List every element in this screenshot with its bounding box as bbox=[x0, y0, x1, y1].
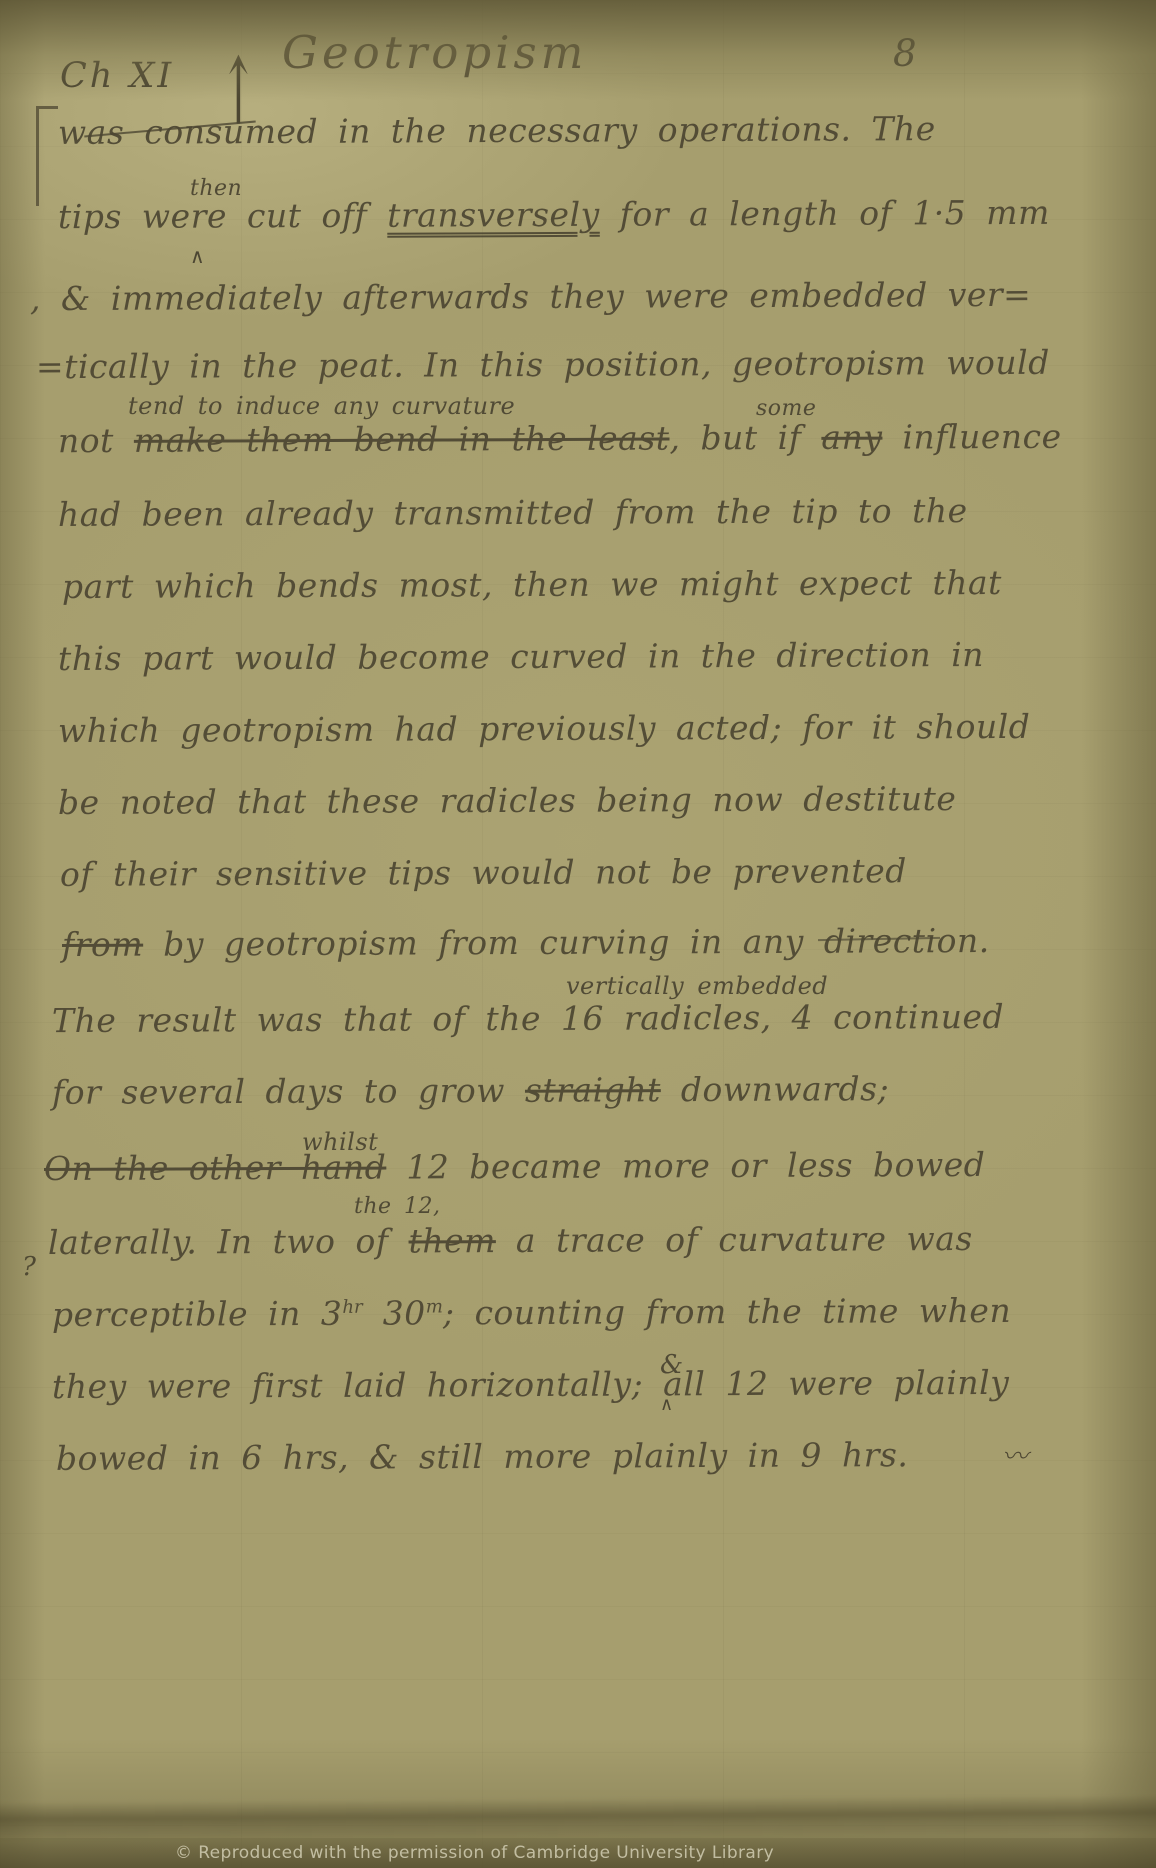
text-segment-strike: straight bbox=[525, 1070, 661, 1110]
text-segment: for several days to grow bbox=[52, 1071, 525, 1112]
copyright-text: © Reproduced with the permission of Camb… bbox=[175, 1843, 774, 1863]
insertion-the-12: the 12, bbox=[354, 1194, 441, 1219]
text-segment: , but if bbox=[669, 418, 821, 458]
line-16: laterally. In two of them a trace of cur… bbox=[48, 1220, 973, 1262]
page-title: Geotropism bbox=[282, 26, 587, 79]
caret-mark-then: ∧ bbox=[190, 246, 205, 266]
closing-squiggle-mark: 〰 bbox=[1002, 1444, 1028, 1470]
text-segment: by geotropism from curving in any direct… bbox=[143, 921, 990, 964]
text-segment: of their sensitive tips would not be pre… bbox=[60, 851, 907, 894]
text-segment: 12 became more or less bowed bbox=[386, 1145, 985, 1187]
insertion-some: some bbox=[756, 396, 816, 421]
text-segment-strike: from bbox=[62, 925, 143, 964]
line-10: be noted that these radicles being now d… bbox=[58, 780, 957, 822]
copyright-bar: © Reproduced with the permission of Camb… bbox=[0, 1838, 1156, 1868]
text-segment: tips were cut off bbox=[58, 196, 387, 236]
text-segment: they were first laid horizontally; all 1… bbox=[52, 1363, 1009, 1406]
line-04: =tically in the peat. In this position, … bbox=[36, 344, 1050, 386]
line-15: On the other hand 12 became more or less… bbox=[44, 1146, 986, 1188]
text-segment: this part would become curved in the dir… bbox=[58, 635, 984, 678]
text-segment: a trace of curvature was bbox=[496, 1219, 973, 1260]
text-segment-strike: them bbox=[408, 1221, 496, 1260]
text-segment: , & immediately afterwards they were emb… bbox=[30, 275, 1031, 318]
line-14: for several days to grow straight downwa… bbox=[52, 1070, 889, 1112]
page-number: 8 bbox=[893, 32, 917, 75]
line-01: was consumed in the necessary operations… bbox=[58, 110, 936, 152]
line-07: part which bends most, then we might exp… bbox=[62, 564, 1002, 606]
line-08: this part would become curved in the dir… bbox=[58, 636, 984, 678]
line-06: had been already transmitted from the ti… bbox=[58, 492, 968, 534]
insertion-vertically-embedded: vertically embedded bbox=[566, 972, 828, 1000]
text-segment: which geotropism had previously acted; f… bbox=[58, 707, 1031, 750]
text-segment: influence bbox=[882, 417, 1061, 457]
text-segment-sup: m bbox=[426, 1296, 443, 1317]
line-09: which geotropism had previously acted; f… bbox=[58, 708, 1031, 750]
marginal-question-mark: ? bbox=[22, 1254, 36, 1280]
insertion-ampersand: & bbox=[660, 1350, 684, 1380]
chapter-mark: Ch XI bbox=[60, 56, 174, 96]
line-18: they were first laid horizontally; all 1… bbox=[52, 1364, 1009, 1406]
insertion-whilst: whilst bbox=[302, 1128, 378, 1156]
insertion-tend-to-induce: tend to induce any curvature bbox=[128, 392, 515, 420]
text-segment: not bbox=[58, 421, 134, 460]
line-03: , & immediately afterwards they were emb… bbox=[30, 276, 1031, 318]
line-19: bowed in 6 hrs, & still more plainly in … bbox=[56, 1436, 909, 1478]
caret-mark-ampersand: ∧ bbox=[660, 1396, 673, 1414]
insertion-arrow-mark: ↑ bbox=[220, 48, 257, 140]
manuscript-photo: Ch XI Geotropism 8 was consumed in the n… bbox=[0, 0, 1156, 1868]
text-segment: laterally. In two of bbox=[48, 1221, 409, 1262]
line-05: not make them bend in the least, but if … bbox=[58, 418, 1062, 460]
text-segment: bowed in 6 hrs, & still more plainly in … bbox=[56, 1435, 909, 1478]
text-segment: ; counting from the time when bbox=[443, 1291, 1011, 1332]
text-segment-strike: make them bend in the least bbox=[134, 419, 670, 460]
paper-edge-shadow bbox=[0, 1794, 1156, 1841]
text-segment: 30 bbox=[363, 1293, 426, 1332]
text-segment: The result was that of the 16 radicles, … bbox=[52, 997, 1004, 1040]
text-segment: =tically in the peat. In this position, … bbox=[36, 343, 1050, 386]
line-17: perceptible in 3hr 30m; counting from th… bbox=[52, 1292, 1011, 1334]
line-12: from by geotropism from curving in any d… bbox=[62, 922, 990, 964]
insertion-then: then bbox=[190, 176, 242, 201]
text-segment: perceptible in 3 bbox=[52, 1294, 343, 1334]
text-segment: part which bends most, then we might exp… bbox=[62, 563, 1002, 606]
corner-bracket-mark bbox=[36, 106, 58, 206]
text-segment: was consumed in the necessary operations… bbox=[58, 109, 936, 152]
text-segment-sup: hr bbox=[342, 1297, 362, 1318]
text-segment: had been already transmitted from the ti… bbox=[58, 491, 968, 534]
line-11: of their sensitive tips would not be pre… bbox=[60, 852, 907, 894]
text-segment: be noted that these radicles being now d… bbox=[58, 779, 957, 822]
line-13: The result was that of the 16 radicles, … bbox=[52, 998, 1004, 1040]
text-segment-underline: transversely bbox=[387, 195, 600, 235]
text-segment-strike: any bbox=[821, 418, 882, 457]
text-segment: for a length of 1·5 mm bbox=[600, 193, 1050, 234]
text-segment: downwards; bbox=[661, 1069, 890, 1109]
